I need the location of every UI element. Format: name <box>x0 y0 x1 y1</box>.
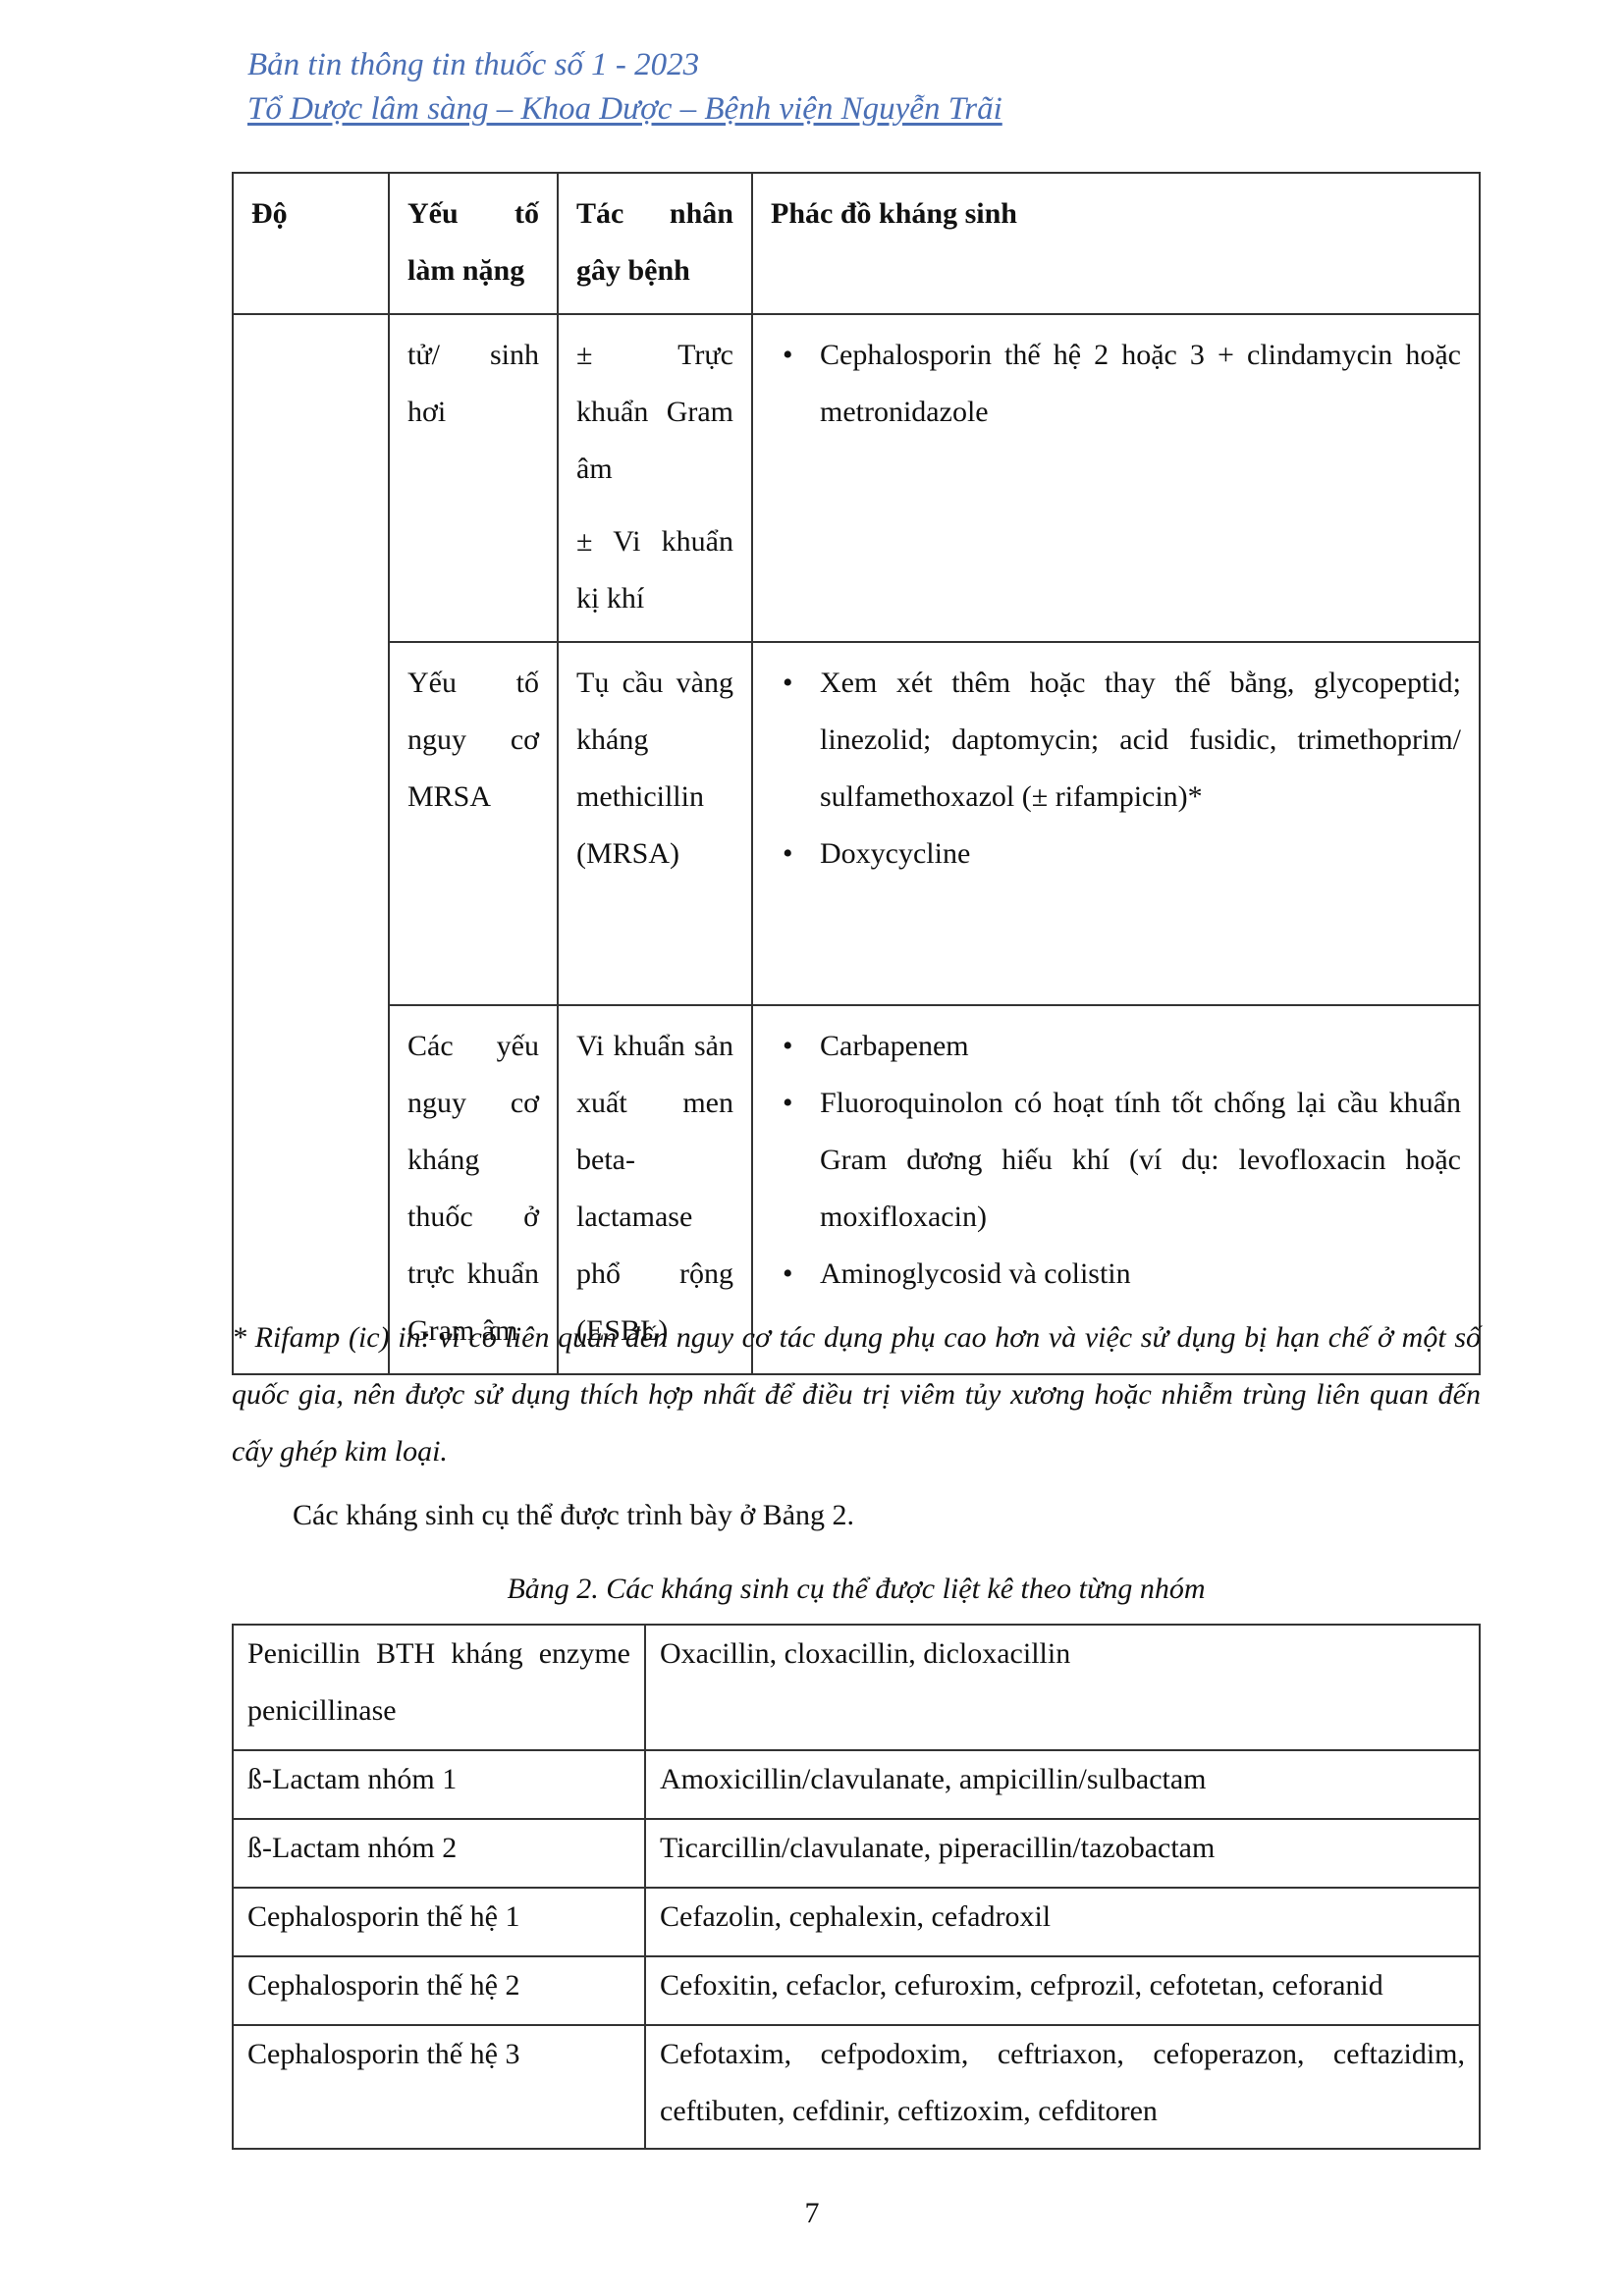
regimen-cell: Cephalosporin thế hệ 2 hoặc 3 + clindamy… <box>752 314 1480 642</box>
table-row: ß-Lactam nhóm 1 Amoxicillin/clavulanate,… <box>233 1750 1480 1819</box>
table-row: Yếu tố nguy cơ MRSA Tụ cầu vàng kháng me… <box>233 642 1480 1005</box>
pathogen-cell: Tụ cầu vàng kháng methicillin (MRSA) <box>558 642 752 1005</box>
factor-cell: tử/ sinh hơi <box>389 314 558 642</box>
group-cell: ß-Lactam nhóm 1 <box>233 1750 645 1819</box>
regimen-item: Carbapenem <box>771 1018 1461 1075</box>
table-row: Cephalosporin thế hệ 1 Cefazolin, cephal… <box>233 1888 1480 1956</box>
antibiotic-groups-table: Penicillin BTH kháng enzyme penicillinas… <box>232 1624 1481 2150</box>
drugs-cell: Ticarcillin/clavulanate, piperacillin/ta… <box>645 1819 1480 1888</box>
page-number: 7 <box>0 2197 1624 2230</box>
body-paragraph: Các kháng sinh cụ thể được trình bày ở B… <box>293 1496 854 1535</box>
regimen-item: Aminoglycosid và colistin <box>771 1246 1461 1303</box>
drugs-cell: Cefotaxim, cefpodoxim, ceftriaxon, cefop… <box>645 2025 1480 2149</box>
header-cell: Tác nhân gây bệnh <box>558 173 752 314</box>
table-row: tử/ sinh hơi ± Trực khuẩn Gram âm ± Vi k… <box>233 314 1480 642</box>
regimen-table: Độ Yếu tố làm nặng Tác nhân gây bệnh Phá… <box>232 172 1481 1375</box>
department-line: Tổ Dược lâm sàng – Khoa Dược – Bệnh viện… <box>247 87 1002 131</box>
pathogen-item: ± Vi khuẩn kị khí <box>576 513 733 627</box>
group-cell: Cephalosporin thế hệ 3 <box>233 2025 645 2149</box>
group-cell: Penicillin BTH kháng enzyme penicillinas… <box>233 1625 645 1750</box>
severity-cell <box>233 314 389 1374</box>
table-header-row: Độ Yếu tố làm nặng Tác nhân gây bệnh Phá… <box>233 173 1480 314</box>
regimen-item: Fluoroquinolon có hoạt tính tốt chống lạ… <box>771 1075 1461 1246</box>
table-row: Cephalosporin thế hệ 2 Cefoxitin, cefacl… <box>233 1956 1480 2025</box>
group-cell: Cephalosporin thế hệ 1 <box>233 1888 645 1956</box>
bulletin-title: Bản tin thông tin thuốc số 1 - 2023 <box>247 43 699 86</box>
pathogen-cell: ± Trực khuẩn Gram âm ± Vi khuẩn kị khí <box>558 314 752 642</box>
table-row: ß-Lactam nhóm 2 Ticarcillin/clavulanate,… <box>233 1819 1480 1888</box>
header-cell: Yếu tố làm nặng <box>389 173 558 314</box>
table-row: Penicillin BTH kháng enzyme penicillinas… <box>233 1625 1480 1750</box>
header-cell: Phác đồ kháng sinh <box>752 173 1480 314</box>
regimen-cell: Xem xét thêm hoặc thay thế bằng, glycope… <box>752 642 1480 1005</box>
drugs-cell: Cefoxitin, cefaclor, cefuroxim, cefprozi… <box>645 1956 1480 2025</box>
group-cell: ß-Lactam nhóm 2 <box>233 1819 645 1888</box>
factor-cell: Yếu tố nguy cơ MRSA <box>389 642 558 1005</box>
drugs-cell: Oxacillin, cloxacillin, dicloxacillin <box>645 1625 1480 1750</box>
table2-caption: Bảng 2. Các kháng sinh cụ thể được liệt … <box>232 1570 1481 1609</box>
regimen-item: Cephalosporin thế hệ 2 hoặc 3 + clindamy… <box>771 327 1461 441</box>
group-cell: Cephalosporin thế hệ 2 <box>233 1956 645 2025</box>
drugs-cell: Cefazolin, cephalexin, cefadroxil <box>645 1888 1480 1956</box>
pathogen-item: ± Trực khuẩn Gram âm <box>576 327 733 498</box>
regimen-item: Xem xét thêm hoặc thay thế bằng, glycope… <box>771 655 1461 826</box>
table-row: Cephalosporin thế hệ 3 Cefotaxim, cefpod… <box>233 2025 1480 2149</box>
rifampicin-footnote: * Rifamp (ic) in: vì có liên quan đến ng… <box>232 1309 1481 1480</box>
regimen-item: Doxycycline <box>771 826 1461 882</box>
header-cell: Độ <box>233 173 389 314</box>
drugs-cell: Amoxicillin/clavulanate, ampicillin/sulb… <box>645 1750 1480 1819</box>
